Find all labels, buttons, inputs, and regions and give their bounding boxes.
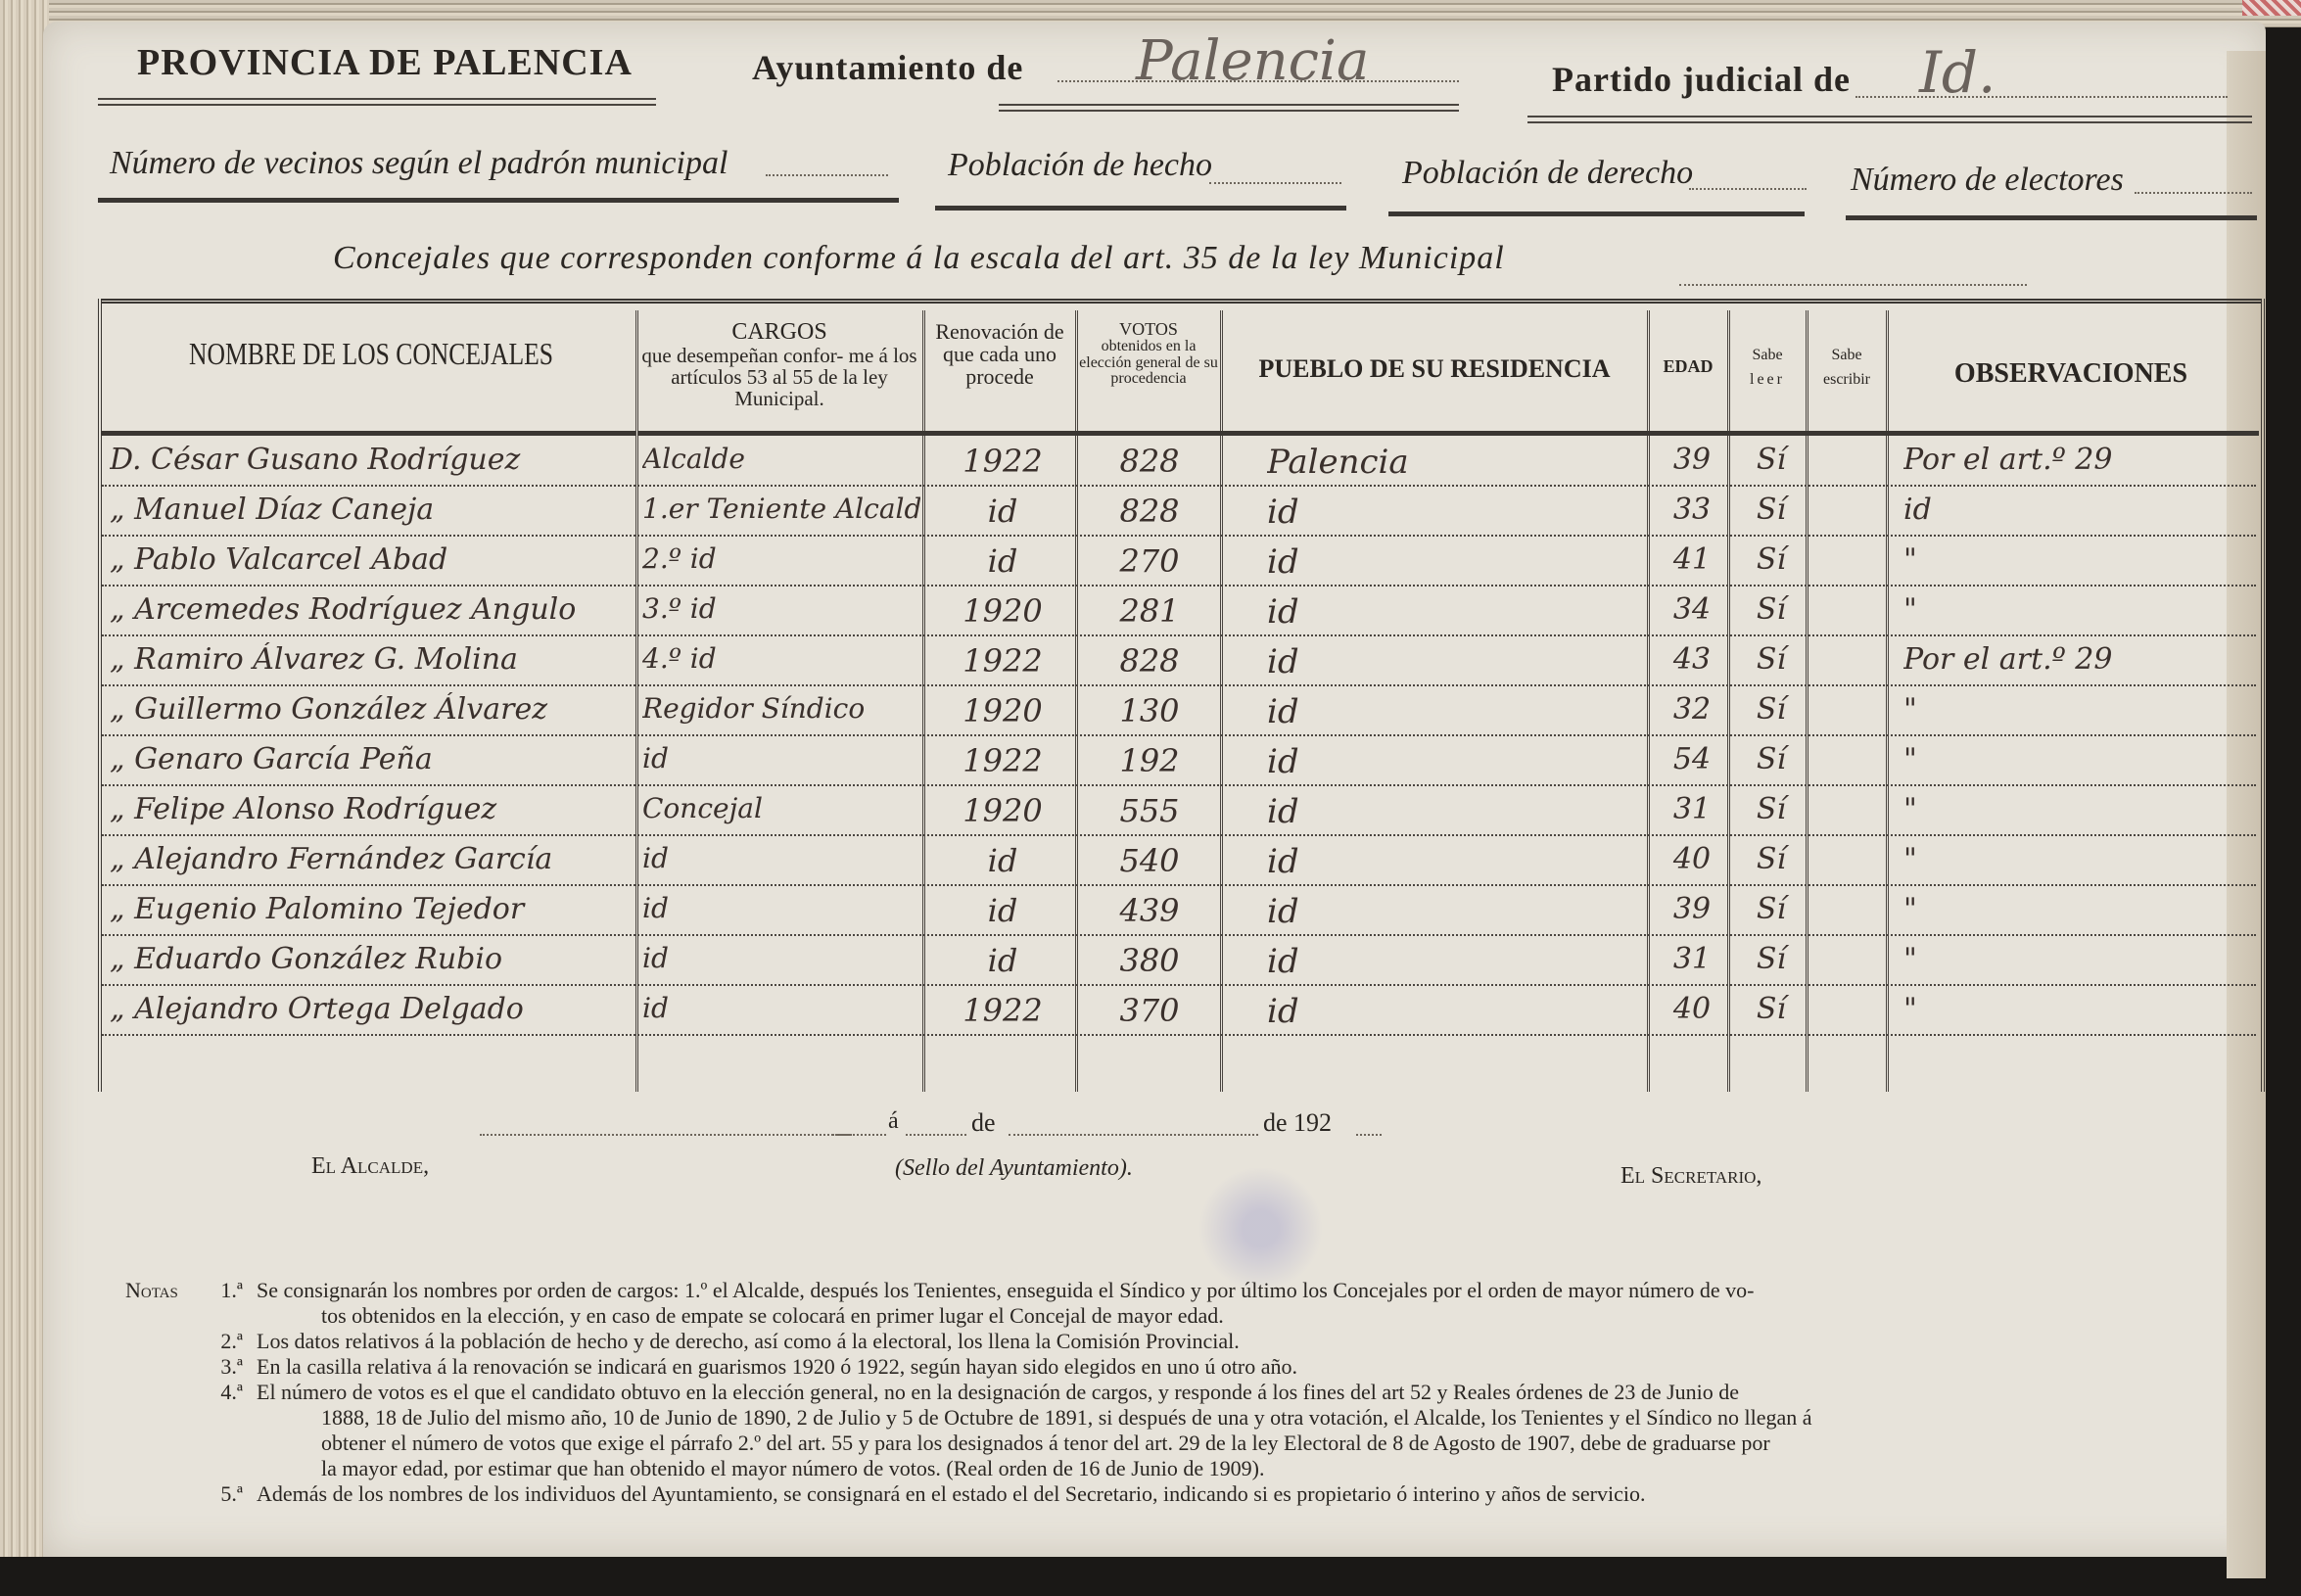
partido-label: Partido judicial de (1552, 59, 1851, 100)
col-sep (635, 310, 638, 1092)
vecinos-label: Número de vecinos según el padrón munici… (110, 145, 728, 182)
province-rule (98, 98, 656, 106)
cell-pueblo[interactable]: id (1267, 592, 1645, 632)
note-item: 2.ª Los datos relativos á la población d… (125, 1329, 2260, 1354)
cell-cargo[interactable]: id (642, 992, 920, 1024)
cell-edad[interactable]: 54 (1659, 742, 1725, 776)
note-text: obtener el número de votos que exige el … (321, 1431, 1770, 1456)
cell-cargo[interactable]: id (642, 842, 920, 874)
ayuntamiento-value: Palencia (1136, 29, 1369, 93)
cell-leer[interactable]: Sí (1739, 892, 1804, 926)
cell-pueblo[interactable]: id (1267, 642, 1645, 681)
date-place-field[interactable] (480, 1134, 852, 1136)
derecho-label: Población de derecho (1402, 155, 1693, 192)
note-text: En la casilla relativa á la renovación s… (257, 1354, 1297, 1380)
cell-renovacion[interactable]: 1920 (932, 592, 1073, 630)
header-cargos-sub: que desempeñan confor- me á los artículo… (638, 345, 920, 409)
header-nombre: NOMBRE DE LOS CONCEJALES (164, 338, 579, 371)
date-year-field[interactable] (1356, 1134, 1382, 1136)
cell-votos[interactable]: 370 (1081, 992, 1218, 1029)
note-number: 2.ª (204, 1329, 257, 1354)
cell-votos[interactable]: 828 (1081, 493, 1218, 530)
derecho-field[interactable] (1689, 188, 1807, 190)
cell-edad[interactable]: 33 (1659, 493, 1725, 527)
header-escribir-top: Sabe (1809, 348, 1884, 364)
header-votos-title: VOTOS (1079, 320, 1218, 339)
ayuntamiento-rule (999, 104, 1459, 112)
row-rule (102, 884, 2256, 886)
col-sep (1727, 310, 1730, 1092)
province-title: PROVINCIA DE PALENCIA (137, 41, 633, 84)
header-leer-top: Sabe (1731, 348, 1804, 364)
note-item: Notas 1.ª Se consignarán los nombres por… (125, 1278, 2260, 1303)
header-edad: EDAD (1651, 357, 1725, 376)
cell-leer[interactable]: Sí (1739, 542, 1804, 577)
note-number: 1.ª (204, 1278, 257, 1303)
cell-leer[interactable]: Sí (1739, 842, 1804, 876)
cell-observaciones[interactable]: Por el art.º 29 (1903, 642, 2256, 677)
concejales-table: NOMBRE DE LOS CONCEJALES CARGOS que dese… (98, 299, 2265, 1092)
cell-leer[interactable]: Sí (1739, 443, 1804, 477)
cell-observaciones[interactable]: " (1903, 742, 2256, 776)
note-text: Además de los nombres de los individuos … (257, 1481, 1645, 1507)
cell-nombre[interactable]: „ Alejandro Fernández García (110, 842, 634, 876)
hecho-rule (935, 206, 1346, 211)
cell-renovacion[interactable]: 1920 (932, 792, 1073, 829)
cell-pueblo[interactable]: Palencia (1267, 443, 1645, 482)
note-text: tos obtenidos en la elección, y en caso … (321, 1303, 1224, 1329)
cell-votos[interactable]: 281 (1081, 592, 1218, 630)
cell-leer[interactable]: Sí (1739, 992, 1804, 1026)
cell-pueblo[interactable]: id (1267, 692, 1645, 731)
alcalde-signature-label: El Alcalde, (311, 1153, 429, 1180)
cell-cargo[interactable]: 2.º id (642, 542, 920, 575)
cell-renovacion[interactable]: id (932, 542, 1073, 580)
cell-leer[interactable]: Sí (1739, 642, 1804, 677)
cell-renovacion[interactable]: 1920 (932, 692, 1073, 729)
cell-votos[interactable]: 192 (1081, 742, 1218, 779)
partido-value: Id. (1919, 39, 1996, 106)
cell-observaciones[interactable]: " (1903, 592, 2256, 627)
table-top-rule (102, 299, 2261, 304)
date-year: de 192 (1263, 1108, 1332, 1138)
note-number: 4.ª (204, 1380, 257, 1405)
note-text: El número de votos es el que el candidat… (257, 1380, 1739, 1405)
header-leer-sub: leer (1731, 372, 1804, 389)
cell-edad[interactable]: 31 (1659, 942, 1725, 976)
cell-votos[interactable]: 380 (1081, 942, 1218, 979)
row-rule (102, 934, 2256, 936)
cell-pueblo[interactable]: id (1267, 493, 1645, 532)
cell-cargo[interactable]: Alcalde (642, 443, 920, 475)
cell-nombre[interactable]: „ Alejandro Ortega Delgado (110, 992, 634, 1026)
date-a: á (888, 1108, 899, 1135)
concejales-field[interactable] (1679, 284, 2027, 286)
row-rule (102, 535, 2256, 537)
cell-observaciones[interactable]: " (1903, 992, 2256, 1026)
note-number: 3.ª (204, 1354, 257, 1380)
cell-leer[interactable]: Sí (1739, 692, 1804, 727)
cell-edad[interactable]: 34 (1659, 592, 1725, 627)
header-votos: VOTOS obtenidos en la elección general d… (1079, 320, 1218, 388)
cell-nombre[interactable]: „ Manuel Díaz Caneja (110, 493, 634, 527)
row-rule (102, 585, 2256, 587)
cell-cargo[interactable]: id (642, 742, 920, 775)
ayuntamiento-label: Ayuntamiento de (752, 47, 1023, 88)
note-text: 1888, 18 de Julio del mismo año, 10 de J… (321, 1405, 1812, 1431)
partido-rule (1527, 116, 2252, 123)
row-rule (102, 984, 2256, 986)
partido-field[interactable] (1855, 96, 2228, 98)
electores-label: Número de electores (1851, 162, 2124, 199)
col-sep (1220, 310, 1223, 1092)
cell-votos[interactable]: 828 (1081, 642, 1218, 680)
header-cargos: CARGOS que desempeñan confor- me á los a… (638, 320, 920, 409)
cell-cargo[interactable]: Concejal (642, 792, 920, 824)
col-sep (1886, 310, 1889, 1092)
bookmark-ribbon (2242, 0, 2301, 16)
cell-nombre[interactable]: „ Guillermo González Álvarez (110, 692, 634, 727)
note-number: 5.ª (204, 1481, 257, 1507)
cell-votos[interactable]: 130 (1081, 692, 1218, 729)
cell-pueblo[interactable]: id (1267, 742, 1645, 781)
cell-edad[interactable]: 40 (1659, 992, 1725, 1026)
cell-nombre[interactable]: D. César Gusano Rodríguez (110, 443, 634, 477)
cell-renovacion[interactable]: id (932, 942, 1073, 979)
cell-leer[interactable]: Sí (1739, 792, 1804, 826)
cell-renovacion[interactable]: 1922 (932, 992, 1073, 1029)
cell-observaciones[interactable]: " (1903, 692, 2256, 727)
cell-cargo[interactable]: id (642, 892, 920, 924)
cell-nombre[interactable]: „ Felipe Alonso Rodríguez (110, 792, 634, 826)
cell-nombre[interactable]: „ Pablo Valcarcel Abad (110, 542, 634, 577)
cell-pueblo[interactable]: id (1267, 942, 1645, 981)
cell-observaciones[interactable]: " (1903, 842, 2256, 876)
note-text: Los datos relativos á la población de he… (257, 1329, 1240, 1354)
cell-pueblo[interactable]: id (1267, 842, 1645, 881)
date-de: de (971, 1108, 996, 1138)
header-escribir-sub: escribir (1809, 372, 1884, 389)
cell-renovacion[interactable]: 1922 (932, 443, 1073, 480)
cell-votos[interactable]: 270 (1081, 542, 1218, 580)
cell-cargo[interactable]: 1.er Teniente Alcalde (642, 493, 920, 525)
cell-leer[interactable]: Sí (1739, 592, 1804, 627)
header-renovacion: Renovación de que cada uno procede (926, 320, 1073, 388)
header-cargos-title: CARGOS (638, 320, 920, 345)
cell-observaciones[interactable]: id (1903, 493, 2256, 527)
cell-pueblo[interactable]: id (1267, 992, 1645, 1031)
row-rule (102, 834, 2256, 836)
note-item: 5.ª Además de los nombres de los individ… (125, 1481, 2260, 1507)
header-rule (638, 431, 2259, 436)
header-leer: Sabe leer (1731, 348, 1804, 389)
cell-leer[interactable]: Sí (1739, 942, 1804, 976)
cell-renovacion[interactable]: id (932, 842, 1073, 879)
cell-renovacion[interactable]: id (932, 493, 1073, 530)
col-sep (922, 310, 925, 1092)
cell-leer[interactable]: Sí (1739, 742, 1804, 776)
cell-edad[interactable]: 39 (1659, 443, 1725, 477)
cell-nombre[interactable]: „ Arcemedes Rodríguez Angulo (110, 592, 634, 627)
cell-cargo[interactable]: Regidor Síndico (642, 692, 920, 725)
row-rule (102, 784, 2256, 786)
note-text: la mayor edad, por estimar que han obten… (321, 1456, 1264, 1481)
cell-votos[interactable]: 828 (1081, 443, 1218, 480)
cell-nombre[interactable]: „ Eduardo González Rubio (110, 942, 634, 976)
row-rule (102, 1034, 2256, 1036)
col-sep (1647, 310, 1650, 1092)
header-observaciones: OBSERVACIONES (1890, 359, 2252, 388)
cell-edad[interactable]: 43 (1659, 642, 1725, 677)
vecinos-field[interactable] (766, 174, 888, 176)
electores-rule (1846, 215, 2257, 220)
cell-edad[interactable]: 41 (1659, 542, 1725, 577)
cell-edad[interactable]: 32 (1659, 692, 1725, 727)
note-cont: la mayor edad, por estimar que han obten… (125, 1456, 2260, 1481)
book-left-edge (0, 0, 49, 1557)
col-sep (1075, 310, 1078, 1092)
cell-pueblo[interactable]: id (1267, 892, 1645, 931)
notes-section: Notas 1.ª Se consignarán los nombres por… (125, 1278, 2260, 1507)
electores-field[interactable] (2135, 192, 2252, 194)
secretario-signature-label: El Secretario, (1620, 1163, 1761, 1190)
note-item: 3.ª En la casilla relativa á la renovaci… (125, 1354, 2260, 1380)
cell-pueblo[interactable]: id (1267, 542, 1645, 582)
note-item: 4.ª El número de votos es el que el cand… (125, 1380, 2260, 1405)
concejales-label: Concejales que corresponden conforme á l… (333, 240, 1505, 277)
cell-observaciones[interactable]: " (1903, 942, 2256, 976)
header-pueblo: PUEBLO DE SU RESIDENCIA (1224, 355, 1645, 382)
cell-renovacion[interactable]: 1922 (932, 642, 1073, 680)
cell-pueblo[interactable]: id (1267, 792, 1645, 831)
hecho-field[interactable] (1209, 182, 1341, 184)
cell-edad[interactable]: 31 (1659, 792, 1725, 826)
cell-cargo[interactable]: 3.º id (642, 592, 920, 625)
header-votos-sub: obtenidos en la elección general de su p… (1079, 339, 1218, 388)
notes-label: Notas (125, 1278, 204, 1303)
cell-cargo[interactable]: id (642, 942, 920, 974)
row-rule (102, 734, 2256, 736)
cell-observaciones[interactable]: " (1903, 542, 2256, 577)
note-cont: 1888, 18 de Julio del mismo año, 10 de J… (125, 1405, 2260, 1431)
vecinos-rule (98, 198, 899, 203)
cell-leer[interactable]: Sí (1739, 493, 1804, 527)
cell-renovacion[interactable]: id (932, 892, 1073, 929)
row-rule (102, 684, 2256, 686)
cell-edad[interactable]: 39 (1659, 892, 1725, 926)
note-cont: obtener el número de votos que exige el … (125, 1431, 2260, 1456)
cell-renovacion[interactable]: 1922 (932, 742, 1073, 779)
cell-nombre[interactable]: „ Ramiro Álvarez G. Molina (110, 642, 634, 677)
cell-observaciones[interactable]: " (1903, 892, 2256, 926)
sello-label: (Sello del Ayuntamiento). (895, 1155, 1133, 1182)
col-sep (1806, 310, 1808, 1092)
cell-votos[interactable]: 439 (1081, 892, 1218, 929)
header-rule (102, 431, 635, 436)
date-gap-field[interactable] (906, 1134, 966, 1136)
hecho-label: Población de hecho (948, 147, 1212, 184)
cell-nombre[interactable]: „ Eugenio Palomino Tejedor (110, 892, 634, 926)
cell-votos[interactable]: 555 (1081, 792, 1218, 829)
cell-cargo[interactable]: 4.º id (642, 642, 920, 675)
derecho-rule (1388, 211, 1805, 216)
cell-edad[interactable]: 40 (1659, 842, 1725, 876)
cell-observaciones[interactable]: " (1903, 792, 2256, 826)
note-cont: tos obtenidos en la elección, y en caso … (125, 1303, 2260, 1329)
cell-nombre[interactable]: „ Genaro García Peña (110, 742, 634, 776)
row-rule (102, 634, 2256, 636)
date-month-field[interactable] (1009, 1134, 1258, 1136)
cell-observaciones[interactable]: Por el art.º 29 (1903, 443, 2256, 477)
date-day-field[interactable] (832, 1134, 886, 1136)
note-text: Se consignarán los nombres por orden de … (257, 1278, 1754, 1303)
ayuntamiento-stamp (1199, 1165, 1322, 1292)
row-rule (102, 485, 2256, 487)
header-escribir: Sabe escribir (1809, 348, 1884, 389)
cell-votos[interactable]: 540 (1081, 842, 1218, 879)
